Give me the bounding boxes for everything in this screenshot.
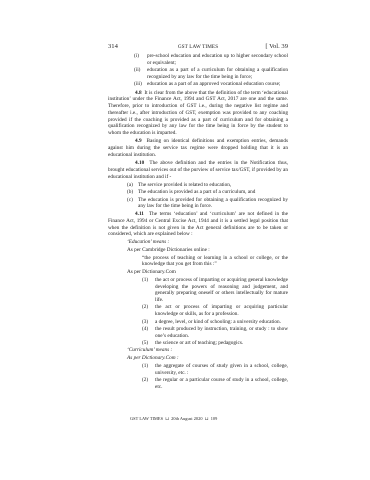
item-text: the act or process of imparting or acqui…	[155, 304, 288, 318]
item-text: the aggregate of courses of study given …	[155, 363, 288, 377]
item-number: (1)	[142, 363, 155, 377]
item-number: (5)	[142, 340, 155, 347]
list-item: (5)the science or art of teaching; pedag…	[108, 340, 288, 347]
curriculum-dictionary-label: As per Dictionary.Com :	[108, 355, 288, 362]
list-item: (a)The service provided is related to ed…	[108, 182, 288, 189]
dictionary-label: As per Dictionary.Com	[108, 269, 288, 276]
item-text: the regular or a particular course of st…	[155, 377, 288, 391]
paragraph-4-10: 4.10 The above definition and the entrie…	[108, 160, 288, 180]
footer-separator-icon: ⊔	[165, 416, 169, 421]
paragraph-4-9: 4.9 Basing on identical definitions and …	[108, 138, 288, 158]
journal-title: GST LAW TIMES	[108, 44, 288, 50]
list-item: (1)the act or process of imparting or ac…	[108, 277, 288, 304]
item-text: the act or process of imparting or acqui…	[155, 277, 288, 304]
item-number: (ii)	[134, 67, 147, 81]
cambridge-label: As per Cambridge Dictionaries online :	[108, 247, 288, 254]
item-number: (b)	[127, 189, 138, 196]
footer-separator-icon: ⊔	[205, 416, 209, 421]
item-text: The service provided is related to educa…	[138, 182, 288, 189]
footer-journal: GST LAW TIMES	[130, 416, 163, 421]
footer-date: 20th August 2020	[171, 416, 202, 421]
list-item: (3)a degree, level, or kind of schooling…	[108, 319, 288, 326]
running-footer: GST LAW TIMES ⊔ 20th August 2020 ⊔ 109	[130, 416, 217, 422]
item-number: (2)	[142, 377, 155, 391]
running-header: 314 GST LAW TIMES [ Vol. 39	[108, 43, 288, 52]
item-number: (iii)	[134, 81, 147, 88]
item-number: (4)	[142, 326, 155, 340]
document-page: 314 GST LAW TIMES [ Vol. 39 (i)pre-schoo…	[0, 0, 370, 480]
item-text: The education is provided as a part of a…	[138, 189, 288, 196]
list-item: (c)The education is provided for obtaini…	[108, 197, 288, 211]
item-text: The education is provided for obtaining …	[138, 197, 288, 211]
paragraph-number: 4.11	[135, 211, 144, 217]
paragraph-text: It is clear from the above that the defi…	[108, 90, 288, 137]
list-item: (ii)education as a part of a curriculum …	[108, 67, 288, 81]
paragraph-number: 4.10	[135, 160, 144, 166]
page-body: (i)pre-school education and education up…	[108, 53, 288, 391]
item-number: (a)	[127, 182, 138, 189]
item-text: education as a part of a curriculum for …	[147, 67, 288, 81]
education-heading: ‘Education’ means :	[108, 239, 288, 246]
list-item: (2)the regular or a particular course of…	[108, 377, 288, 391]
item-number: (c)	[127, 197, 138, 211]
paragraph-number: 4.8	[135, 90, 142, 96]
item-text: education as a part of an approved vocat…	[147, 81, 288, 88]
footer-page: 109	[211, 416, 218, 421]
item-number: (1)	[142, 277, 155, 304]
item-number: (2)	[142, 304, 155, 318]
list-item: (b)The education is provided as a part o…	[108, 189, 288, 196]
cambridge-quote: “the process of teaching or learning in …	[108, 255, 288, 269]
item-number: (3)	[142, 319, 155, 326]
paragraph-number: 4.9	[135, 138, 142, 144]
list-item: (1)the aggregate of courses of study giv…	[108, 363, 288, 377]
list-item: (2)the act or process of imparting or ac…	[108, 304, 288, 318]
item-text: a degree, level, or kind of schooling: a…	[155, 319, 288, 326]
list-item: (iii)education as a part of an approved …	[108, 81, 288, 88]
item-text: the result produced by instruction, trai…	[155, 326, 288, 340]
item-number: (i)	[134, 53, 147, 67]
volume-label: [ Vol. 39	[265, 43, 288, 50]
paragraph-4-11: 4.11 The terms ‘education’ and ‘curricul…	[108, 211, 288, 238]
item-text: the science or art of teaching; pedagogi…	[155, 340, 288, 347]
list-item: (4)the result produced by instruction, t…	[108, 326, 288, 340]
list-item: (i)pre-school education and education up…	[108, 53, 288, 67]
item-text: pre-school education and education up to…	[147, 53, 288, 67]
curriculum-heading: ‘Curriculum’ means :	[108, 347, 288, 354]
paragraph-4-8: 4.8 It is clear from the above that the …	[108, 90, 288, 137]
